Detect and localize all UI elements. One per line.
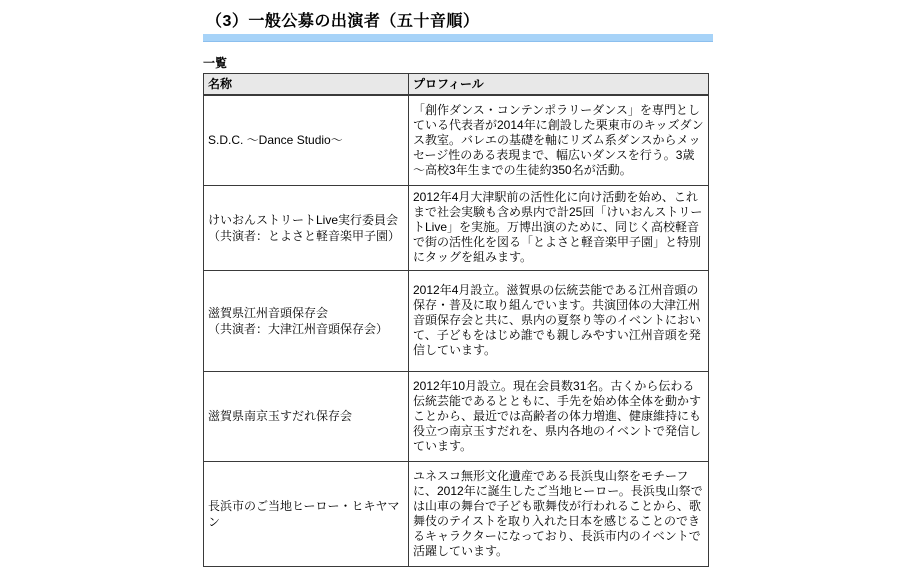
document-page: { "page": { "title": "（3）一般公募の出演者（五十音順）"… xyxy=(0,0,900,570)
performers-table: 名称 プロフィール S.D.C. ～Dance Studio～ 「創作ダンス・コ… xyxy=(203,73,709,567)
co-performer-note: （共演者：とよさと軽音楽甲子園） xyxy=(208,228,404,244)
performer-name-cell: けいおんストリートLive実行委員会 （共演者：とよさと軽音楽甲子園） xyxy=(204,185,409,270)
performer-name: S.D.C. ～Dance Studio～ xyxy=(208,132,404,148)
performer-name: 滋賀県南京玉すだれ保存会 xyxy=(208,408,404,424)
profile-cell: 「創作ダンス・コンテンポラリーダンス」を専門としている代表者が2014年に創設し… xyxy=(409,95,709,185)
header-row: 名称 プロフィール xyxy=(204,74,709,96)
table-row: 長浜市のご当地ヒーロー・ヒキヤマン ユネスコ無形文化遺産である長浜曳山祭をモチー… xyxy=(204,461,709,566)
performer-name-cell: 滋賀県江州音頭保存会 （共演者：大津江州音頭保存会） xyxy=(204,270,409,371)
table-row: 滋賀県南京玉すだれ保存会 2012年10月設立。現在会員数31名。古くから伝わる… xyxy=(204,371,709,461)
table-row: S.D.C. ～Dance Studio～ 「創作ダンス・コンテンポラリーダンス… xyxy=(204,95,709,185)
performer-name-cell: 滋賀県南京玉すだれ保存会 xyxy=(204,371,409,461)
profile-cell: ユネスコ無形文化遺産である長浜曳山祭をモチーフに、2012年に誕生したご当地ヒー… xyxy=(409,461,709,566)
profile-cell: 2012年4月大津駅前の活性化に向け活動を始め、これまで社会実験も含め県内で計2… xyxy=(409,185,709,270)
page-content: （3）一般公募の出演者（五十音順） 一覧 名称 プロフィール S.D.C. ～D… xyxy=(203,12,715,567)
co-performer-note: （共演者：大津江州音頭保存会） xyxy=(208,321,404,337)
table-row: 滋賀県江州音頭保存会 （共演者：大津江州音頭保存会） 2012年4月設立。滋賀県… xyxy=(204,270,709,371)
profile-cell: 2012年4月設立。滋賀県の伝統芸能である江州音頭の保存・普及に取り組んでいます… xyxy=(409,270,709,371)
table-body: S.D.C. ～Dance Studio～ 「創作ダンス・コンテンポラリーダンス… xyxy=(204,95,709,566)
list-label: 一覧 xyxy=(203,56,715,70)
column-header-name: 名称 xyxy=(204,74,409,96)
profile-cell: 2012年10月設立。現在会員数31名。古くから伝わる伝統芸能であるとともに、手… xyxy=(409,371,709,461)
performer-name-cell: 長浜市のご当地ヒーロー・ヒキヤマン xyxy=(204,461,409,566)
section-title: （3）一般公募の出演者（五十音順） xyxy=(203,12,715,31)
table-header: 名称 プロフィール xyxy=(204,74,709,96)
performer-name: 長浜市のご当地ヒーロー・ヒキヤマン xyxy=(208,498,404,530)
performer-name-cell: S.D.C. ～Dance Studio～ xyxy=(204,95,409,185)
title-accent-bar xyxy=(203,34,713,42)
performer-name: けいおんストリートLive実行委員会 xyxy=(208,212,404,228)
performer-name: 滋賀県江州音頭保存会 xyxy=(208,305,404,321)
column-header-profile: プロフィール xyxy=(409,74,709,96)
table-row: けいおんストリートLive実行委員会 （共演者：とよさと軽音楽甲子園） 2012… xyxy=(204,185,709,270)
